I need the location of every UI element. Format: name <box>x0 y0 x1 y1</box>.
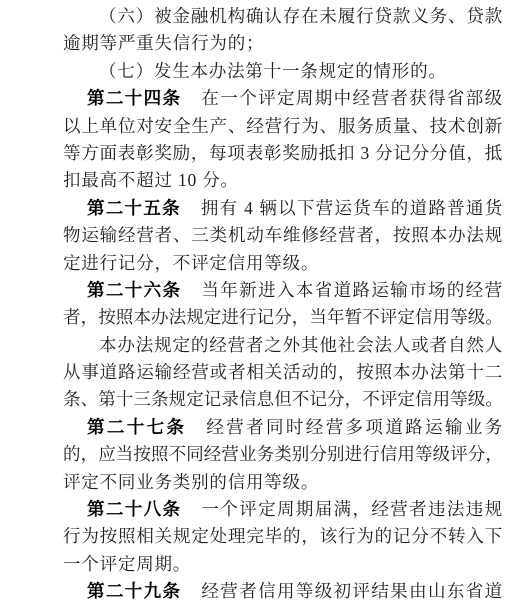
document-page: （六）被金融机构确认存在未履行贷款义务、贷款 逾期等严重失信行为的； （七）发生… <box>0 0 529 613</box>
line-text: 行为按照相关规定处理完毕的，该行为的记分不转入下 <box>63 526 503 546</box>
text-line: 一个评定周期。 <box>63 551 503 578</box>
text-line: 评定不同业务类别的信用等级。 <box>63 469 503 496</box>
text-line: （六）被金融机构确认存在未履行贷款义务、贷款 <box>63 3 503 30</box>
line-text: 当年新进入本省道路运输市场的经营 <box>201 280 503 300</box>
text-line: 物运输经营者、三类机动车维修经营者，按照本办法规 <box>63 222 503 249</box>
line-text: （七）发生本办法第十一条规定的情形的。 <box>99 61 447 81</box>
line-text: 以上单位对安全生产、经营行为、服务质量、技术创新 <box>63 116 503 136</box>
article-number: 第二十六条 <box>87 280 181 300</box>
line-text: 经营者信用等级初评结果由山东省道 <box>201 581 503 601</box>
line-text: 的，应当按照不同经营业务类别分别进行信用等级评分， <box>63 444 503 464</box>
line-text: 条、第十三条规定记录信息但不记分，不评定信用等级。 <box>63 389 503 409</box>
article-number: 第二十五条 <box>87 198 181 218</box>
text-line: 第二十五条拥有 4 辆以下营运货车的道路普通货 <box>63 195 503 222</box>
line-text: 在一个评定周期中经营者获得省部级 <box>201 88 503 108</box>
line-text: 本办法规定的经营者之外其他社会法人或者自然人 <box>99 335 503 355</box>
line-text: 物运输经营者、三类机动车维修经营者，按照本办法规 <box>63 225 503 245</box>
line-text: 者，按照本办法规定进行记分，当年暂不评定信用等级。 <box>63 307 503 327</box>
text-line: 条、第十三条规定记录信息但不记分，不评定信用等级。 <box>63 386 503 413</box>
text-line: 以上单位对安全生产、经营行为、服务质量、技术创新 <box>63 113 503 140</box>
text-line: 定进行记分，不评定信用等级。 <box>63 250 503 277</box>
line-text: 逾期等严重失信行为的； <box>63 33 264 53</box>
article-number: 第二十七条 <box>87 417 186 437</box>
line-text: 定进行记分，不评定信用等级。 <box>63 253 319 273</box>
line-text: 评定不同业务类别的信用等级。 <box>63 472 319 492</box>
line-text: 从事道路运输经营或者相关活动的，按照本办法第十二 <box>63 362 503 382</box>
line-text: 一个评定周期届满，经营者违法违规 <box>201 499 503 519</box>
line-text: 经营者同时经营多项道路运输业务 <box>206 417 503 437</box>
text-line: 者，按照本办法规定进行记分，当年暂不评定信用等级。 <box>63 304 503 331</box>
text-line: 第二十四条在一个评定周期中经营者获得省部级 <box>63 85 503 112</box>
text-line: 行为按照相关规定处理完毕的，该行为的记分不转入下 <box>63 523 503 550</box>
line-text: 等方面表彰奖励，每项表彰奖励抵扣 3 分记分分值，抵 <box>63 143 503 163</box>
text-line: 从事道路运输经营或者相关活动的，按照本办法第十二 <box>63 359 503 386</box>
text-line: 第二十七条经营者同时经营多项道路运输业务 <box>63 414 503 441</box>
text-line: 等方面表彰奖励，每项表彰奖励抵扣 3 分记分分值，抵 <box>63 140 503 167</box>
text-line: 第二十八条一个评定周期届满，经营者违法违规 <box>63 496 503 523</box>
line-text: （六）被金融机构确认存在未履行贷款义务、贷款 <box>99 6 503 26</box>
line-text: 拥有 4 辆以下营运货车的道路普通货 <box>201 198 503 218</box>
text-line: 扣最高不超过 10 分。 <box>63 167 503 194</box>
document-body: （六）被金融机构确认存在未履行贷款义务、贷款 逾期等严重失信行为的； （七）发生… <box>0 0 529 606</box>
text-line: 第二十九条经营者信用等级初评结果由山东省道 <box>63 578 503 605</box>
text-line: （七）发生本办法第十一条规定的情形的。 <box>63 58 503 85</box>
line-text: 扣最高不超过 10 分。 <box>63 170 239 190</box>
line-text: 一个评定周期。 <box>63 554 191 574</box>
text-line: 第二十六条当年新进入本省道路运输市场的经营 <box>63 277 503 304</box>
article-number: 第二十八条 <box>87 499 181 519</box>
text-line: 的，应当按照不同经营业务类别分别进行信用等级评分， <box>63 441 503 468</box>
article-number: 第二十九条 <box>87 581 181 601</box>
text-line: 本办法规定的经营者之外其他社会法人或者自然人 <box>63 332 503 359</box>
article-number: 第二十四条 <box>87 88 181 108</box>
text-line: 逾期等严重失信行为的； <box>63 30 503 57</box>
